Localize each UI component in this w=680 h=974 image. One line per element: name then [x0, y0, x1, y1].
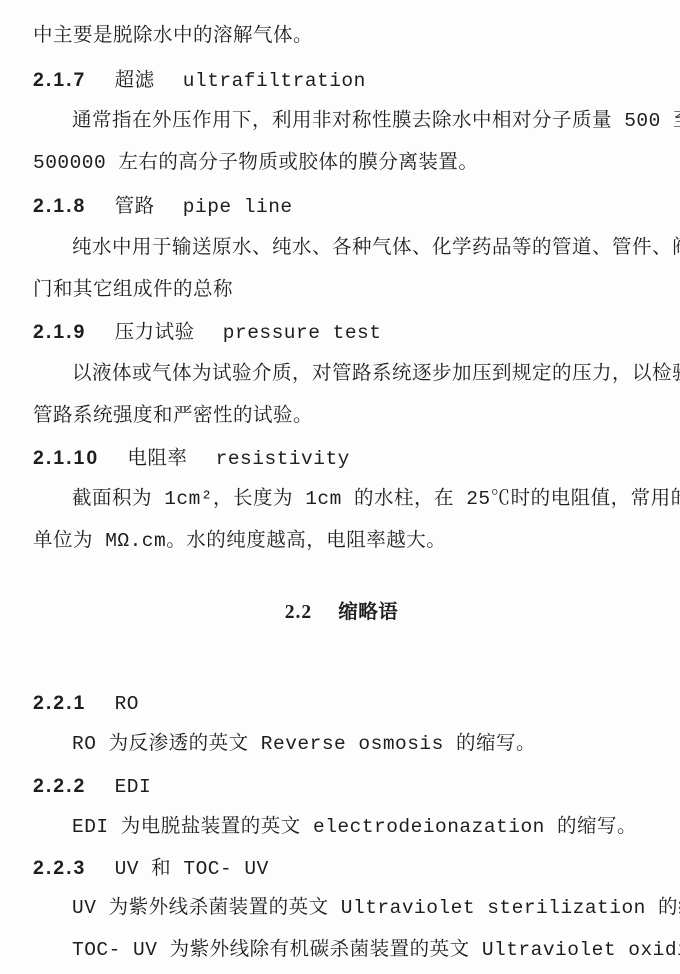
term-zh: 压力试验 — [115, 322, 195, 344]
section-title-text: 缩略语 — [338, 602, 398, 624]
term-heading-2-1-7: 2.1.7 超滤 ultrafiltration — [33, 65, 650, 95]
term-zh: 管路 — [115, 196, 155, 218]
term-heading-2-1-8: 2.1.8 管路 pipe line — [33, 191, 650, 221]
term-zh: 超滤 — [115, 70, 155, 92]
section-heading-2-2: 2.2 缩略语 — [33, 598, 650, 628]
definition-line: UV 为紫外线杀菌装置的英文 Ultraviolet sterilization… — [33, 893, 650, 923]
definition-line: 通常指在外压作用下，利用非对称性膜去除水中相对分子质量 500 至 — [33, 106, 650, 136]
term-en: ultrafiltration — [183, 70, 366, 92]
abbreviation: UV 和 TOC- UV — [115, 858, 269, 880]
term-heading-2-1-9: 2.1.9 压力试验 pressure test — [33, 317, 650, 347]
abbreviation: RO — [115, 693, 139, 715]
definition-line: 纯水中用于输送原水、纯水、各种气体、化学药品等的管道、管件、阀 — [33, 233, 650, 263]
definition-line: 以液体或气体为试验介质，对管路系统逐步加压到规定的压力，以检验 — [33, 359, 650, 389]
clause-number: 2.1.10 — [33, 447, 99, 469]
clause-number: 2.2.3 — [33, 857, 86, 879]
term-heading-2-2-2: 2.2.2 EDI — [33, 771, 650, 801]
abbreviation: EDI — [115, 776, 152, 798]
definition-line: RO 为反渗透的英文 Reverse osmosis 的缩写。 — [33, 729, 650, 759]
definition-line: EDI 为电脱盐装置的英文 electrodeionazation 的缩写。 — [33, 812, 650, 842]
clause-number: 2.1.7 — [33, 69, 86, 91]
document-page: 中主要是脱除水中的溶解气体。 2.1.7 超滤 ultrafiltration … — [0, 0, 680, 974]
clause-number: 2.1.8 — [33, 195, 86, 217]
term-heading-2-1-10: 2.1.10 电阻率 resistivity — [33, 443, 650, 473]
definition-line: 500000 左右的高分子物质或胶体的膜分离装置。 — [33, 148, 650, 178]
term-en: pipe line — [183, 196, 293, 218]
carryover-paragraph-line: 中主要是脱除水中的溶解气体。 — [33, 21, 650, 51]
term-heading-2-2-1: 2.2.1 RO — [33, 688, 650, 718]
clause-number: 2.1.9 — [33, 321, 86, 343]
term-en: resistivity — [216, 448, 350, 470]
section-number: 2.2 — [285, 602, 312, 623]
definition-line: TOC- UV 为紫外线除有机碳杀菌装置的英文 Ultraviolet oxid… — [33, 935, 650, 965]
term-en: pressure test — [223, 322, 382, 344]
term-zh: 电阻率 — [127, 448, 187, 470]
definition-line: 门和其它组成件的总称 — [33, 275, 650, 305]
definition-line: 截面积为 1cm²，长度为 1cm 的水柱，在 25℃时的电阻值，常用的电阻率 — [33, 484, 650, 514]
definition-line: 管路系统强度和严密性的试验。 — [33, 401, 650, 431]
clause-number: 2.2.2 — [33, 775, 86, 797]
term-heading-2-2-3: 2.2.3 UV 和 TOC- UV — [33, 853, 650, 883]
definition-line: 单位为 MΩ.cm。水的纯度越高，电阻率越大。 — [33, 526, 650, 556]
clause-number: 2.2.1 — [33, 692, 86, 714]
